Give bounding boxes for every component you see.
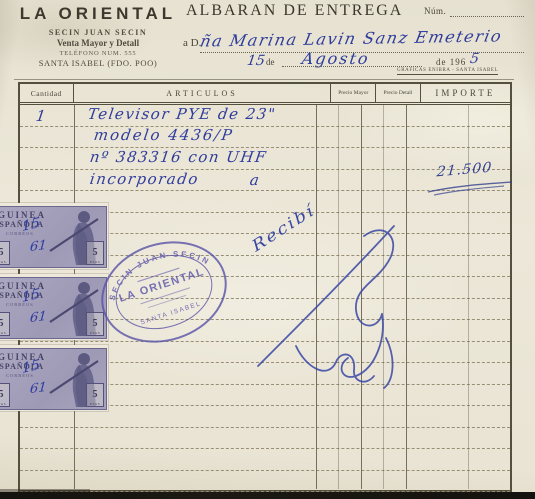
- company-letterhead: LA ORIENTAL SECIN JUAN SECIN Venta Mayor…: [14, 4, 182, 68]
- number-label: Núm.: [424, 6, 446, 16]
- stamp-ink-annotation-top: 15: [22, 357, 41, 377]
- oval-company-ink-stamp: SECIN JUAN SECIN LA ORIENTAL SANTA ISABE…: [96, 236, 232, 348]
- stamp-value-unit: PTAS: [87, 402, 103, 406]
- date-year-handwritten: 5: [469, 51, 480, 67]
- oval-stamp-arc-bottom: SANTA ISABEL: [140, 300, 202, 326]
- printer-mark: GRAFICAS ENIBRA - SANTA ISABEL: [397, 68, 498, 75]
- stamp-value-number: 5: [0, 318, 4, 329]
- stamp-ink-annotation-bottom: 61: [29, 380, 47, 397]
- entry-article-line4: incorporado: [89, 170, 200, 188]
- col-header-precio-mayor: Precio Mayor: [331, 84, 376, 102]
- entry-article-line1: Televisor PYE de 23": [87, 105, 278, 123]
- date-day-handwritten: 15: [246, 53, 266, 69]
- col-header-importe: IMPORTE: [421, 84, 510, 102]
- stamp-artwork: GUINEA ESPAÑOLA CORREOS 5 PTAS 5 PTAS: [0, 206, 107, 268]
- ruled-row: [20, 428, 510, 450]
- company-name: LA ORIENTAL: [14, 4, 182, 24]
- stamp-value-right: 5 PTAS: [86, 383, 104, 407]
- postage-stamp: GUINEA ESPAÑOLA CORREOS 5 PTAS 5 PTAS: [0, 274, 108, 340]
- stamp-value-number: 5: [0, 389, 4, 400]
- stamp-ink-annotation-bottom: 61: [29, 238, 47, 255]
- signature-flourish: [236, 218, 426, 403]
- importe-underline-flourish: [424, 178, 519, 196]
- stamp-ink-annotation-top: 15: [22, 286, 41, 306]
- addressee-handwritten: ña Marina Lavin Sanz Emeterio: [199, 26, 504, 50]
- entry-article-line2: modelo 4436/P: [93, 126, 235, 144]
- stamp-value-left: 5 PTAS: [0, 312, 10, 336]
- postage-stamp-column: GUINEA ESPAÑOLA CORREOS 5 PTAS 5 PTAS: [0, 203, 108, 416]
- col-header-cantidad: Cantidad: [20, 84, 74, 102]
- stamp-value-left: 5 PTAS: [0, 383, 10, 407]
- ruled-row: [20, 471, 510, 493]
- stamp-value-left: 5 PTAS: [0, 241, 10, 265]
- postage-stamp: GUINEA ESPAÑOLA CORREOS 5 PTAS 5 PTAS: [0, 203, 108, 269]
- company-tagline: Venta Mayor y Detall: [14, 38, 182, 48]
- company-city: SANTA ISABEL (FDO. POO): [14, 58, 182, 68]
- stamp-ink-annotation-bottom: 61: [29, 309, 47, 326]
- date-rule-line: [282, 66, 422, 67]
- document-title: ALBARAN DE ENTREGA: [186, 2, 403, 20]
- company-phone: TELÉFONO NUM. 555: [14, 50, 182, 57]
- number-blank-line: [450, 16, 524, 17]
- stamp-artwork: GUINEA ESPAÑOLA CORREOS 5 PTAS 5 PTAS: [0, 348, 107, 410]
- col-header-articulos: ARTICULOS: [74, 84, 332, 102]
- stamp-value-unit: PTAS: [0, 331, 9, 335]
- company-owner: SECIN JUAN SECIN: [14, 28, 182, 37]
- stamp-value-unit: PTAS: [0, 402, 9, 406]
- stamp-value-number: 5: [93, 389, 98, 400]
- ruled-row: [20, 449, 510, 471]
- scan-bottom-edge: [0, 492, 535, 499]
- stamp-value-number: 5: [0, 247, 4, 258]
- scanned-delivery-note: LA ORIENTAL SECIN JUAN SECIN Venta Mayor…: [0, 0, 535, 499]
- table-header-row: Cantidad ARTICULOS Precio Mayor Precio D…: [20, 84, 510, 105]
- stamp-artwork: GUINEA ESPAÑOLA CORREOS 5 PTAS 5 PTAS: [0, 277, 107, 339]
- stamp-ink-annotation-top: 15: [22, 215, 41, 235]
- stamp-value-unit: PTAS: [0, 260, 9, 264]
- entry-article-line3: nº 383316 con UHF: [89, 148, 269, 166]
- postage-stamp: GUINEA ESPAÑOLA CORREOS 5 PTAS 5 PTAS: [0, 345, 108, 411]
- date-de-label: de: [266, 57, 275, 67]
- date-year-printed: de 196: [436, 57, 466, 67]
- col-header-precio-detall: Precio Detall: [376, 84, 421, 102]
